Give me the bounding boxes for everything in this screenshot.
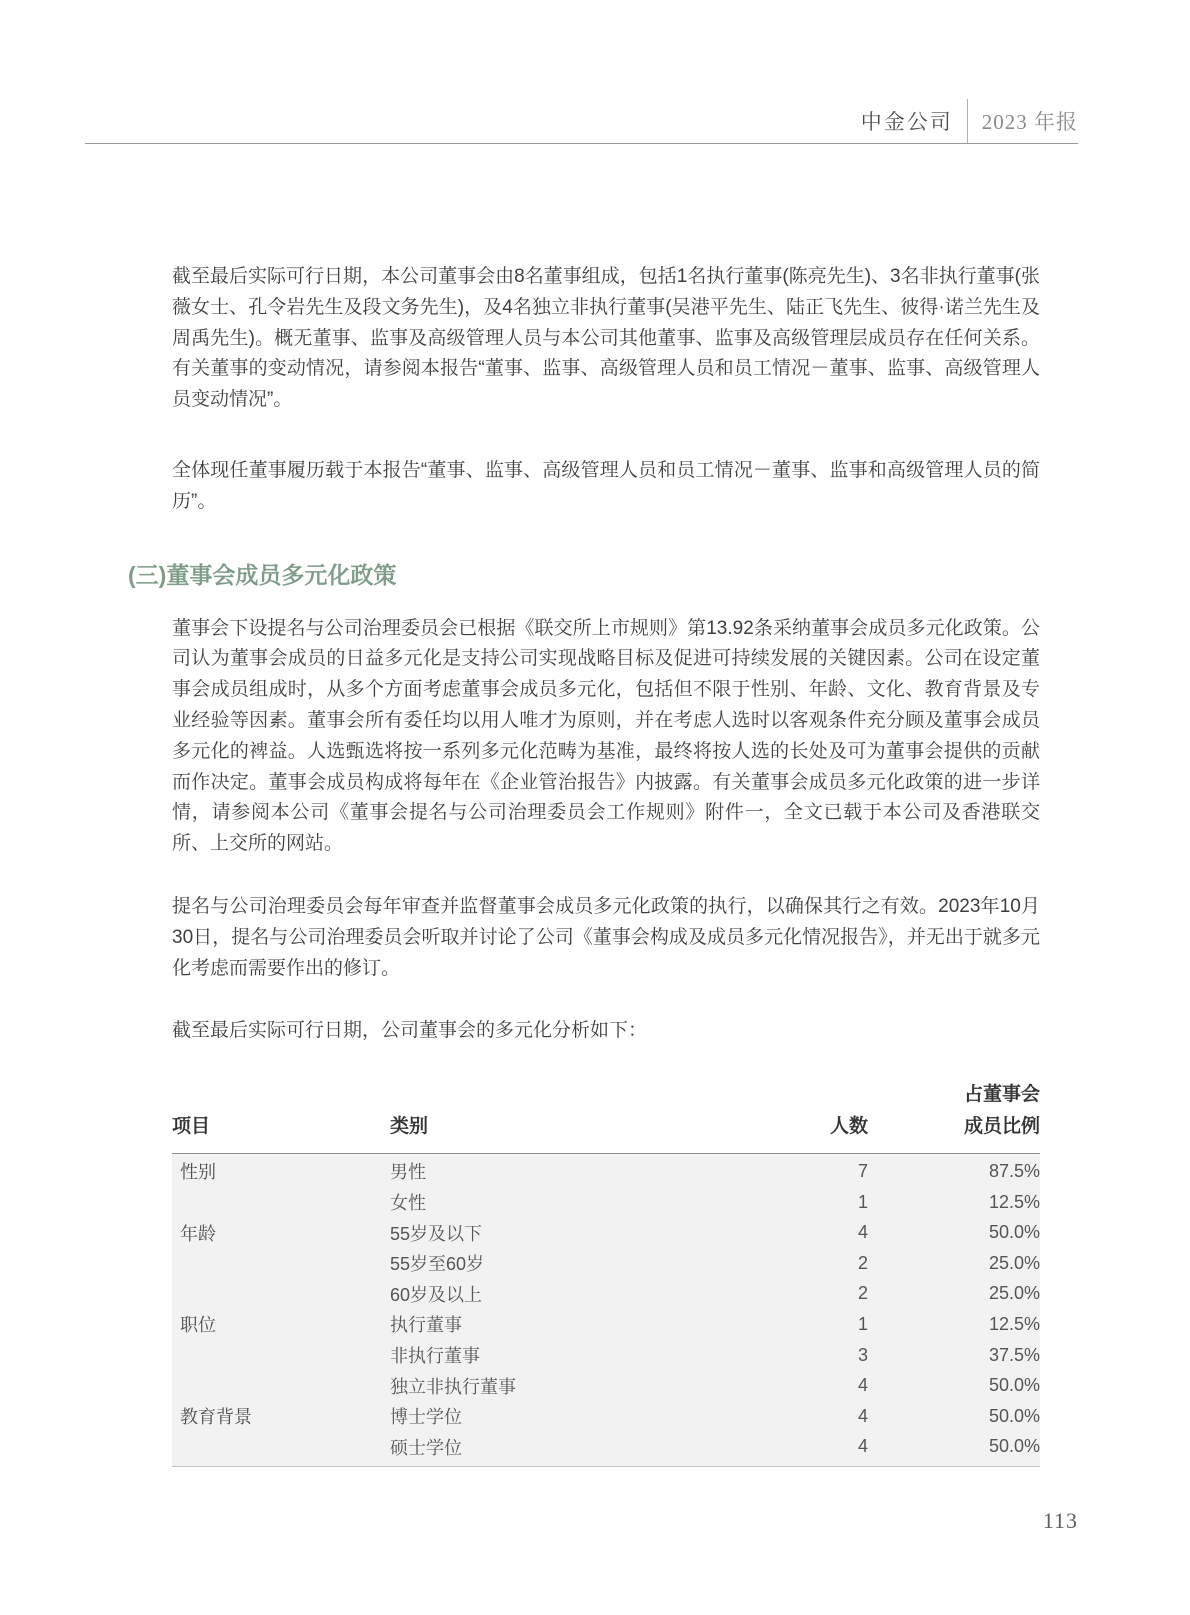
- cell-ratio: 12.5%: [868, 1192, 1040, 1213]
- column-header-category: 类别: [390, 1111, 718, 1143]
- cell-count: 3: [718, 1345, 868, 1366]
- paragraph-board-composition: 截至最后实际可行日期，本公司董事会由8名董事组成，包括1名执行董事(陈亮先生)、…: [172, 262, 1040, 416]
- page-header: 中金公司 2023 年报: [861, 98, 1078, 144]
- cell-count: 7: [718, 1161, 868, 1182]
- cell-category: 55岁至60岁: [390, 1250, 718, 1276]
- header-rule: [85, 143, 1078, 144]
- paragraph-director-bios: 全体现任董事履历载于本报告“董事、监事、高级管理人员和员工情况－董事、监事和高级…: [172, 456, 1040, 518]
- cell-category: 女性: [390, 1189, 718, 1215]
- cell-item: 年龄: [172, 1220, 390, 1246]
- cell-category: 非执行董事: [390, 1342, 718, 1368]
- table-row: 职位执行董事112.5%: [172, 1309, 1040, 1340]
- cell-ratio: 50.0%: [868, 1375, 1040, 1396]
- cell-category: 男性: [390, 1158, 718, 1184]
- cell-category: 硕士学位: [390, 1434, 718, 1460]
- cell-ratio: 50.0%: [868, 1222, 1040, 1243]
- cell-ratio: 12.5%: [868, 1314, 1040, 1335]
- paragraph-table-intro: 截至最后实际可行日期，公司董事会的多元化分析如下：: [172, 1016, 1040, 1047]
- table-row: 教育背景博士学位450.0%: [172, 1401, 1040, 1432]
- cell-count: 4: [718, 1436, 868, 1457]
- cell-ratio: 50.0%: [868, 1436, 1040, 1457]
- cell-ratio: 87.5%: [868, 1161, 1040, 1182]
- paragraph-annual-review: 提名与公司治理委员会每年审查并监督董事会成员多元化政策的执行，以确保其行之有效。…: [172, 892, 1040, 984]
- paragraph-diversity-policy: 董事会下设提名与公司治理委员会已根据《联交所上市规则》第13.92条采纳董事会成…: [172, 614, 1040, 860]
- cell-category: 独立非执行董事: [390, 1373, 718, 1399]
- cell-count: 2: [718, 1253, 868, 1274]
- diversity-table: 项目 类别 人数 占董事会 成员比例 性别男性787.5%女性112.5%年龄5…: [172, 1079, 1040, 1467]
- cell-item: 职位: [172, 1311, 390, 1337]
- cell-count: 1: [718, 1192, 868, 1213]
- column-header-count: 人数: [718, 1111, 868, 1143]
- column-header-ratio-line1: 占董事会: [868, 1079, 1040, 1111]
- table-row: 年龄55岁及以下450.0%: [172, 1217, 1040, 1248]
- column-header-item: 项目: [172, 1111, 390, 1143]
- cell-category: 60岁及以上: [390, 1281, 718, 1307]
- section-heading-diversity-policy: (三)董事会成员多元化政策: [128, 558, 1040, 592]
- cell-ratio: 25.0%: [868, 1253, 1040, 1274]
- table-row: 55岁至60岁225.0%: [172, 1248, 1040, 1279]
- table-row: 非执行董事337.5%: [172, 1340, 1040, 1371]
- company-name: 中金公司: [861, 106, 953, 136]
- cell-ratio: 50.0%: [868, 1406, 1040, 1427]
- cell-category: 55岁及以下: [390, 1220, 718, 1246]
- cell-category: 执行董事: [390, 1311, 718, 1337]
- column-header-ratio: 占董事会 成员比例: [868, 1079, 1040, 1143]
- diversity-table-body: 性别男性787.5%女性112.5%年龄55岁及以下450.0%55岁至60岁2…: [172, 1154, 1040, 1467]
- cell-item: 性别: [172, 1158, 390, 1184]
- cell-ratio: 37.5%: [868, 1345, 1040, 1366]
- cell-count: 2: [718, 1283, 868, 1304]
- column-header-ratio-line2: 成员比例: [868, 1111, 1040, 1143]
- table-row: 60岁及以上225.0%: [172, 1279, 1040, 1310]
- cell-count: 1: [718, 1314, 868, 1335]
- cell-category: 博士学位: [390, 1403, 718, 1429]
- main-content: 截至最后实际可行日期，本公司董事会由8名董事组成，包括1名执行董事(陈亮先生)、…: [172, 262, 1040, 1467]
- table-row: 女性112.5%: [172, 1187, 1040, 1218]
- report-edition: 2023 年报: [982, 106, 1078, 136]
- cell-item: 教育背景: [172, 1403, 390, 1429]
- page-number: 113: [1043, 1508, 1078, 1534]
- table-row: 独立非执行董事450.0%: [172, 1370, 1040, 1401]
- header-divider: [967, 99, 968, 143]
- cell-count: 4: [718, 1222, 868, 1243]
- cell-ratio: 25.0%: [868, 1283, 1040, 1304]
- table-row: 性别男性787.5%: [172, 1156, 1040, 1187]
- report-page: 中金公司 2023 年报 截至最后实际可行日期，本公司董事会由8名董事组成，包括…: [0, 0, 1190, 1615]
- cell-count: 4: [718, 1406, 868, 1427]
- diversity-table-header: 项目 类别 人数 占董事会 成员比例: [172, 1079, 1040, 1154]
- table-row: 硕士学位450.0%: [172, 1431, 1040, 1462]
- cell-count: 4: [718, 1375, 868, 1396]
